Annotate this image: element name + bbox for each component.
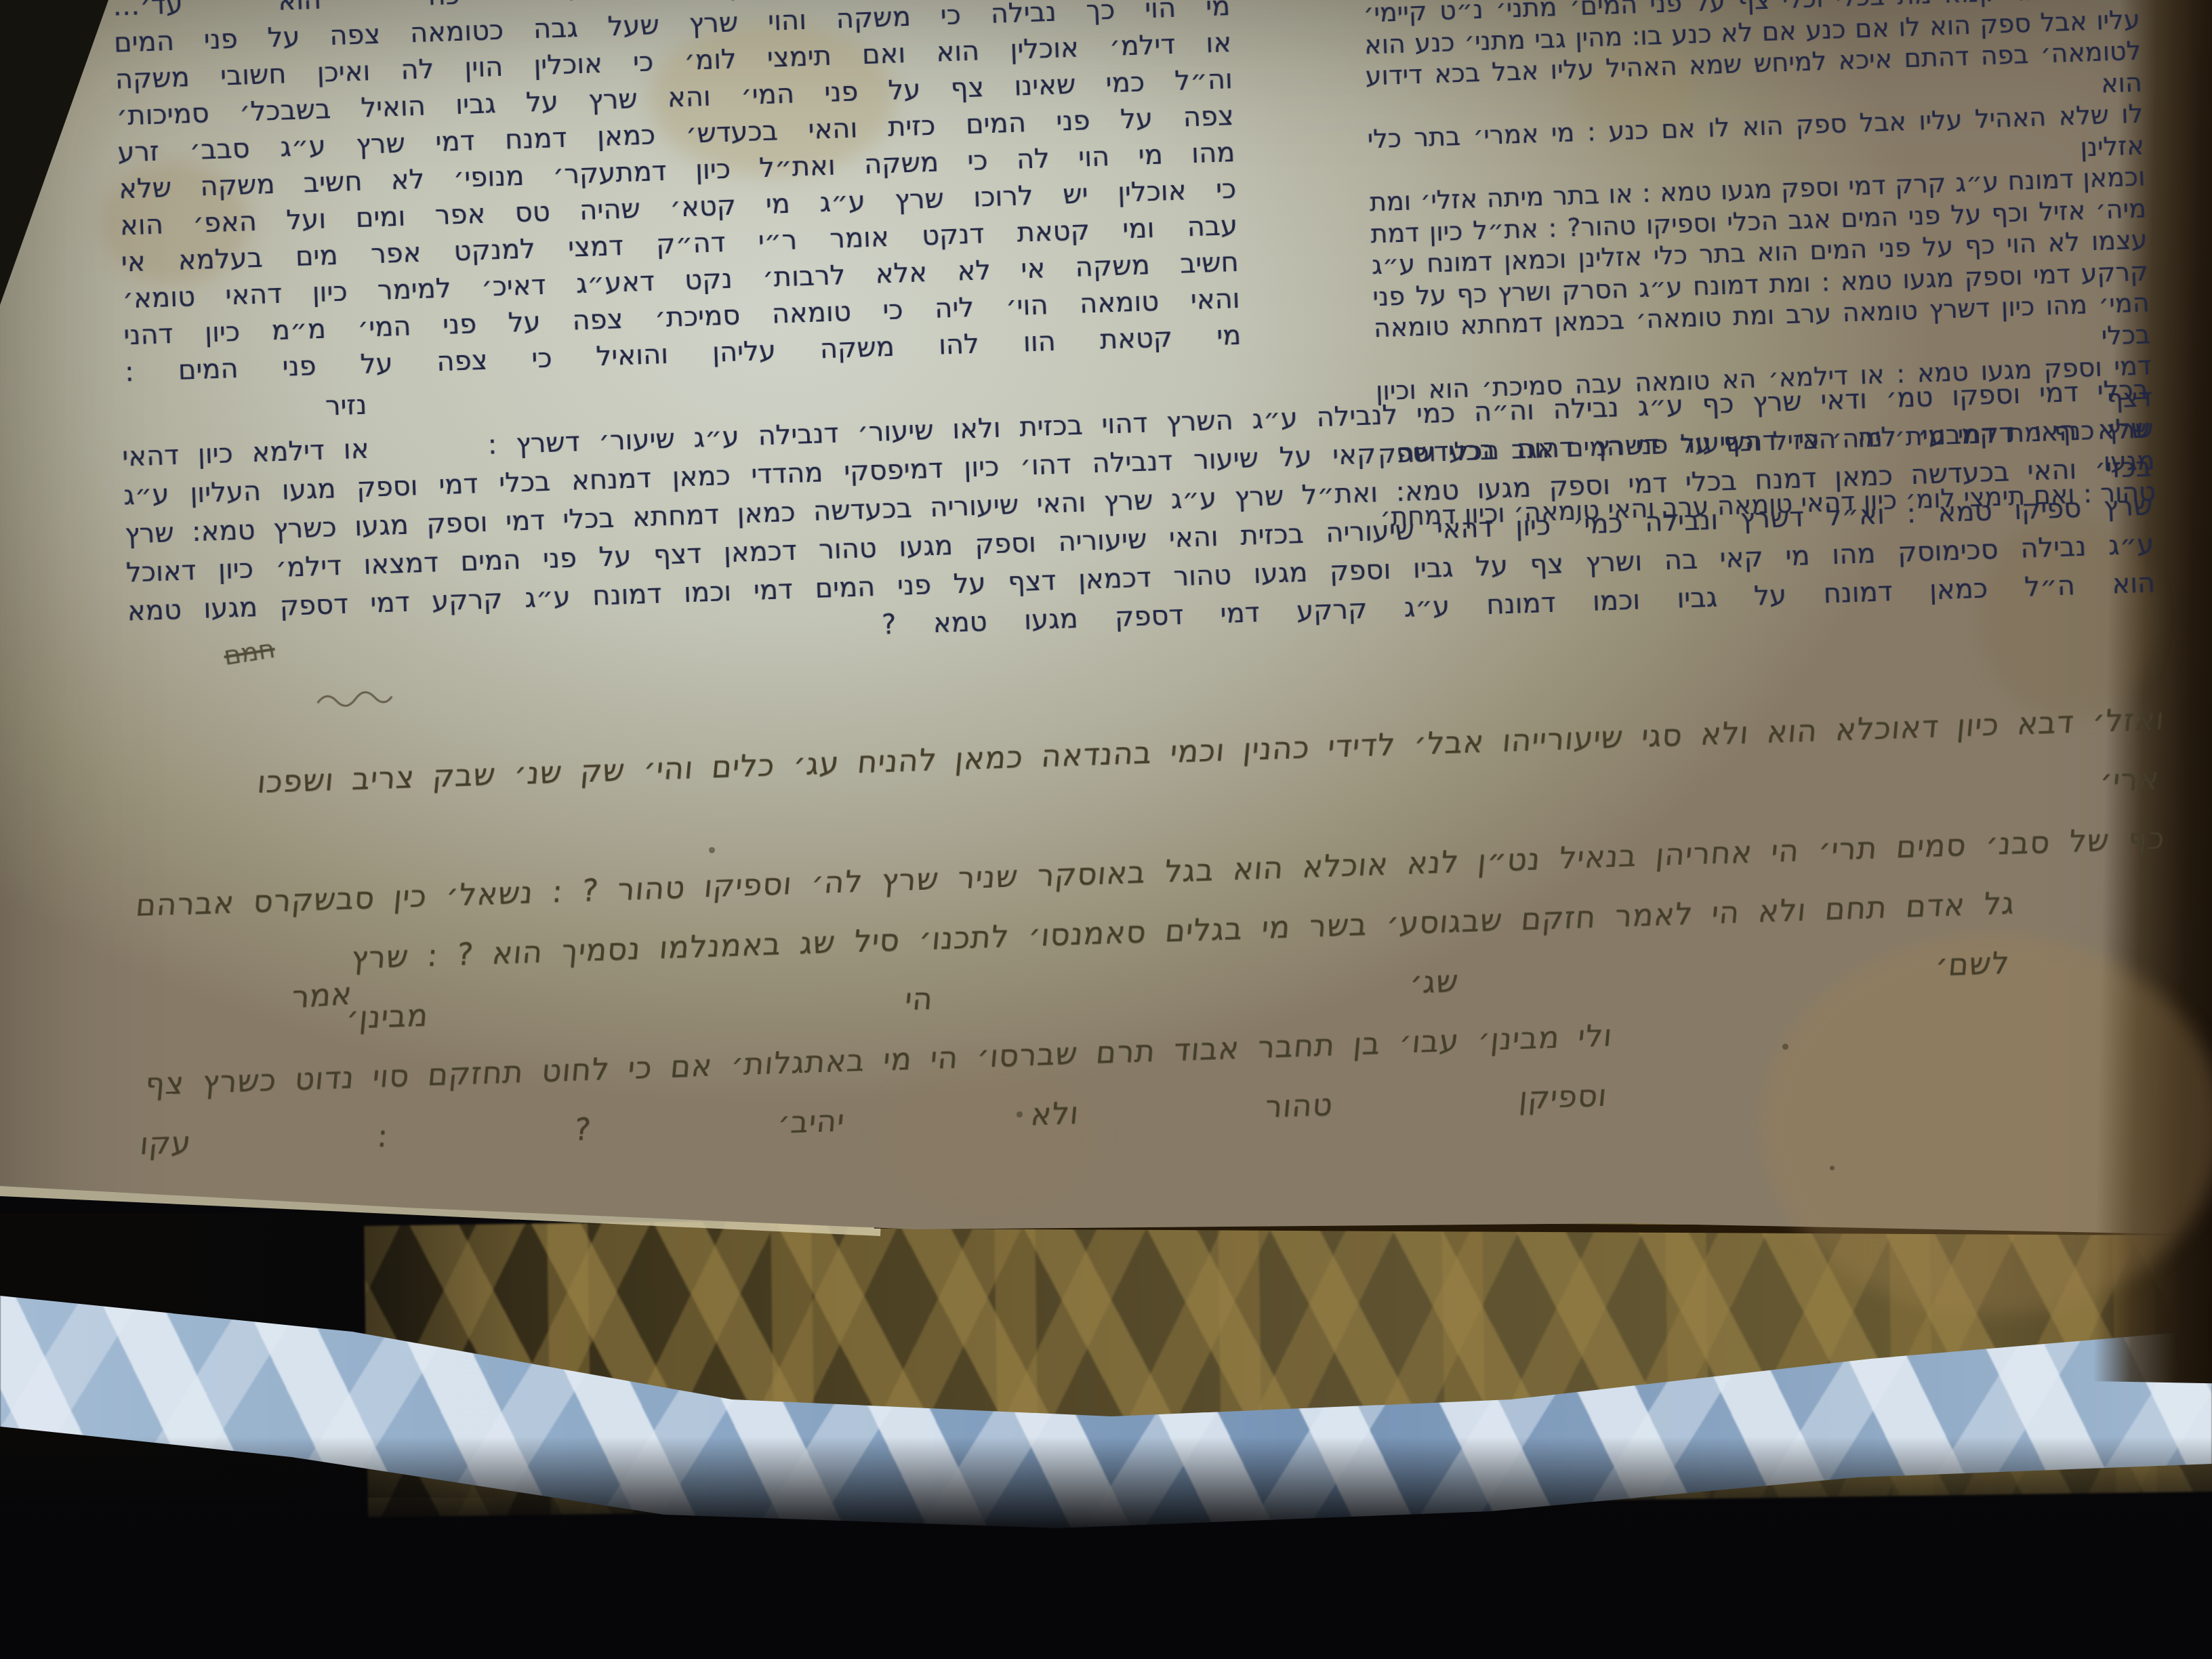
handwritten-gloss-block: ואזל׳ דבא כיון דאוכלא הוא ולא סגי שיעורי… (131, 689, 2174, 1174)
paper-speck (1830, 1166, 1835, 1170)
ink-flourish-icon (314, 687, 396, 710)
printed-catchword: נזיר (325, 390, 367, 422)
handwritten-catchword: אמר (291, 975, 353, 1015)
photograph-of-book-page: { "meta": { "content_type": "photograph … (0, 0, 2212, 1659)
printed-column-left: דילמ׳ ז׳ כיון דמיפסקי מהדדי כה׳ הוא עד׳…… (112, 0, 1242, 390)
printed-full-width-block: בכלי דמי וספקו טמ׳ ודאי שרץ כף ע״ג נבילה… (121, 371, 2156, 670)
dark-table-foreground (0, 1437, 2212, 1659)
page-text-layer: …וכן אם הוב מלמטה׳ וטמא׳ מלמטה׳והכלים כמ… (88, 0, 2179, 1151)
